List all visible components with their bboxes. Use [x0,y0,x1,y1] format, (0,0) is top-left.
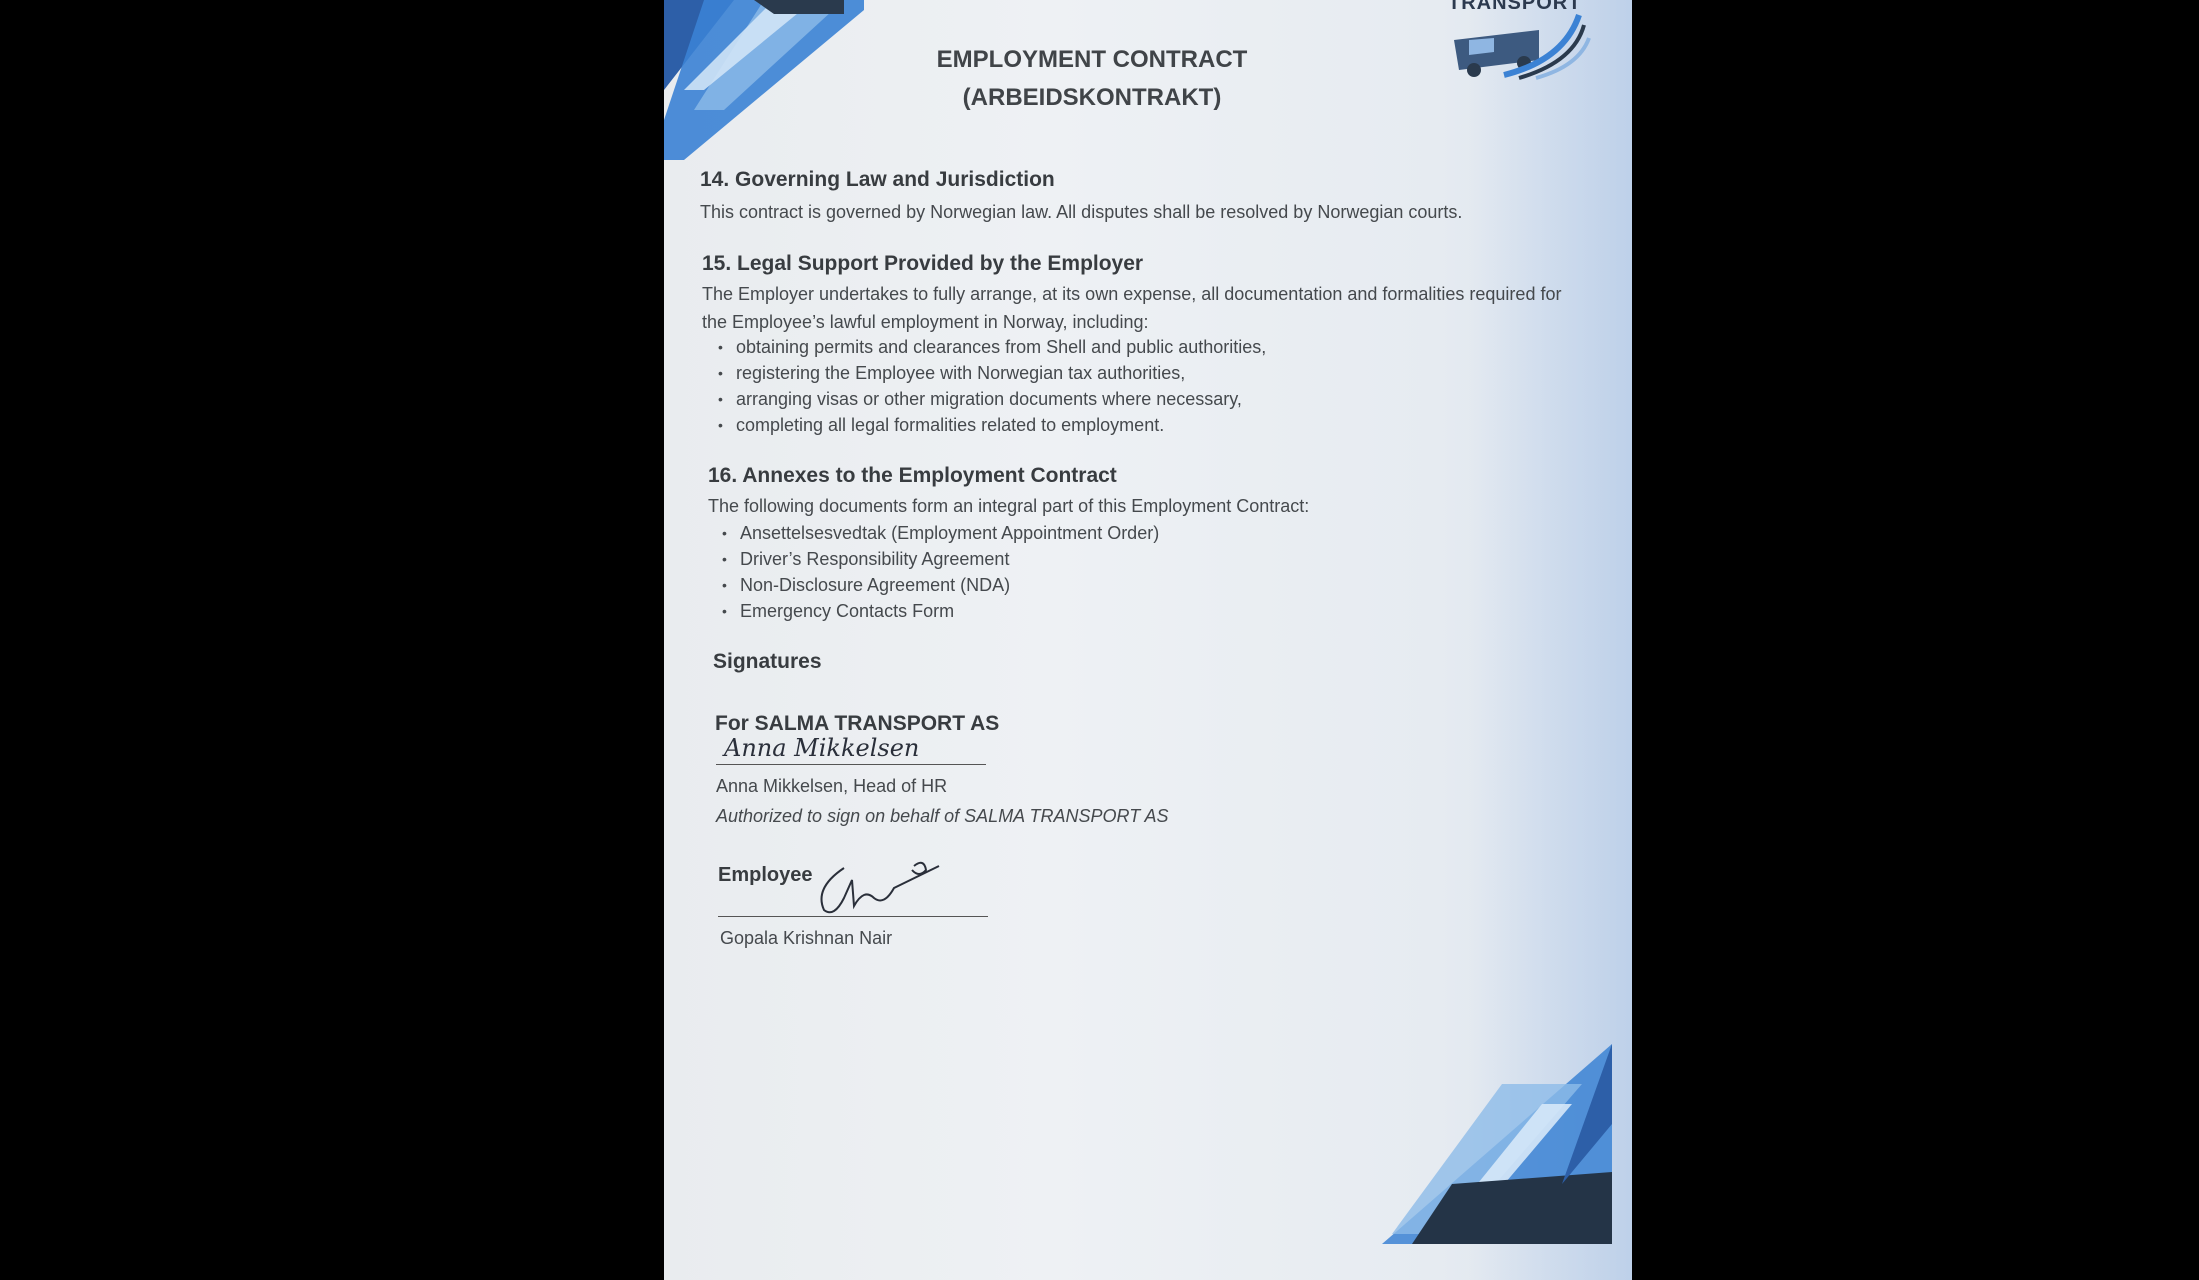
section-16-list: Ansettelsesvedtak (Employment Appointmen… [720,520,1159,624]
signatures-heading: Signatures [713,650,822,674]
section-16-heading: 16. Annexes to the Employment Contract [708,464,1117,488]
section-15-list: obtaining permits and clearances from Sh… [716,334,1266,438]
employer-signature-line [716,764,986,765]
contract-page: TRANSPORT EMPLOYMENT CONTRACT (ARBEIDSKO… [664,0,1632,1280]
section-16-body: The following documents form an integral… [708,492,1309,520]
corner-decoration-bottom-right [1382,1044,1612,1244]
section-15-body-line2: the Employee’s lawful employment in Norw… [702,308,1149,336]
logo-text: TRANSPORT [1448,0,1581,15]
employer-authority: Authorized to sign on behalf of SALMA TR… [716,802,1169,830]
section-14-heading: 14. Governing Law and Jurisdiction [700,168,1055,192]
employee-label: Employee [718,864,812,887]
employee-name: Gopala Krishnan Nair [720,924,892,952]
list-item: obtaining permits and clearances from Sh… [716,334,1266,360]
employer-label: For SALMA TRANSPORT AS [715,712,999,736]
employee-signature [804,848,944,918]
list-item: registering the Employee with Norwegian … [716,360,1266,386]
list-item: Driver’s Responsibility Agreement [720,546,1159,572]
list-item: Emergency Contacts Form [720,598,1159,624]
list-item: Ansettelsesvedtak (Employment Appointmen… [720,520,1159,546]
section-14-body: This contract is governed by Norwegian l… [700,198,1462,226]
document-subtitle: (ARBEIDSKONTRAKT) [664,84,1576,112]
section-15-heading: 15. Legal Support Provided by the Employ… [702,252,1143,276]
employee-signature-line [718,916,988,917]
section-15-body-line1: The Employer undertakes to fully arrange… [702,280,1561,308]
employer-signature: Anna Mikkelsen [724,734,919,762]
list-item: completing all legal formalities related… [716,412,1266,438]
list-item: arranging visas or other migration docum… [716,386,1266,412]
employer-name: Anna Mikkelsen, Head of HR [716,772,947,800]
list-item: Non-Disclosure Agreement (NDA) [720,572,1159,598]
document-title: EMPLOYMENT CONTRACT [664,46,1576,74]
